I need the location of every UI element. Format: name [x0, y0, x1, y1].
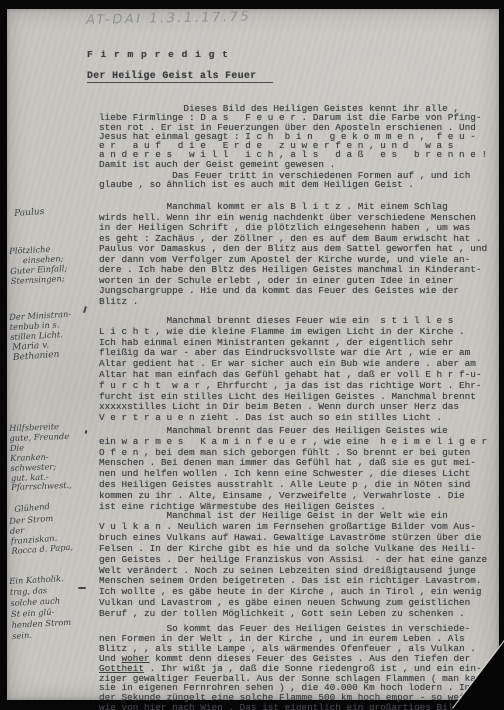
margin-note-paulus: Paulus [14, 208, 45, 220]
page-corner-fold [452, 642, 504, 710]
paragraph-blitz: Manchmal kommt er als B l i t z . Mit ei… [99, 202, 499, 307]
margin-note-maria-bethanien: Maria v. Bethanien [12, 341, 60, 364]
archive-reference-handwriting: AT-DAI 1.3.1.17.75 [86, 10, 251, 28]
margin-note-rocca-di-papa: Der Strom der franziskan. Rocca d. Papa, [9, 513, 73, 557]
margin-note-krankenschwester: Hilfsbereite gute, Freunde Die Kranken- … [9, 422, 72, 493]
schluss-text-c: . Ihr wißt ja , daß die Sonne riedengroß… [99, 663, 487, 710]
paragraph-intro-feuer: Dieses Bild des Heiligen Geistes kennt i… [99, 104, 499, 169]
pen-mark-comma [85, 430, 88, 434]
margin-note-ploetzliches-einsehen: Plötzliche einsehen; Guter Einfall; Ster… [9, 244, 68, 287]
scanned-page: AT-DAI 1.3.1.17.75 F i r m p r e d i g t… [7, 9, 499, 700]
paragraph-schluss: So kommt das Feuer des Heiligen Geistes … [99, 624, 499, 710]
margin-note-gluehender-strom: Ein Katholik. trag, das solche auch St e… [9, 573, 72, 642]
document-kicker: F i r m p r e d i g t [87, 49, 229, 60]
paragraph-formen: Das Feuer tritt in verschiedenen Formen … [99, 171, 499, 190]
page-title: Der Heilige Geist als Feuer [87, 70, 273, 83]
paragraph-stilles-licht: Manchmal brennt dieses Feuer wie ein s t… [99, 316, 499, 424]
pen-mark-dash [78, 587, 86, 589]
margin-note-ministrant: Der Ministran- tenbub in s. stillen Lich… [9, 310, 72, 343]
scanned-document-screenshot: { "archive_ref": "AT-DAI 1.3.1.17.75", "… [0, 0, 504, 710]
paragraph-vulkan: Manchmal ist der Heilige Geist in der We… [99, 511, 499, 620]
pen-mark-check [83, 306, 87, 313]
paragraph-kaminfeuer: Manchmal brennt das Feuer des Heiligen G… [99, 426, 499, 512]
